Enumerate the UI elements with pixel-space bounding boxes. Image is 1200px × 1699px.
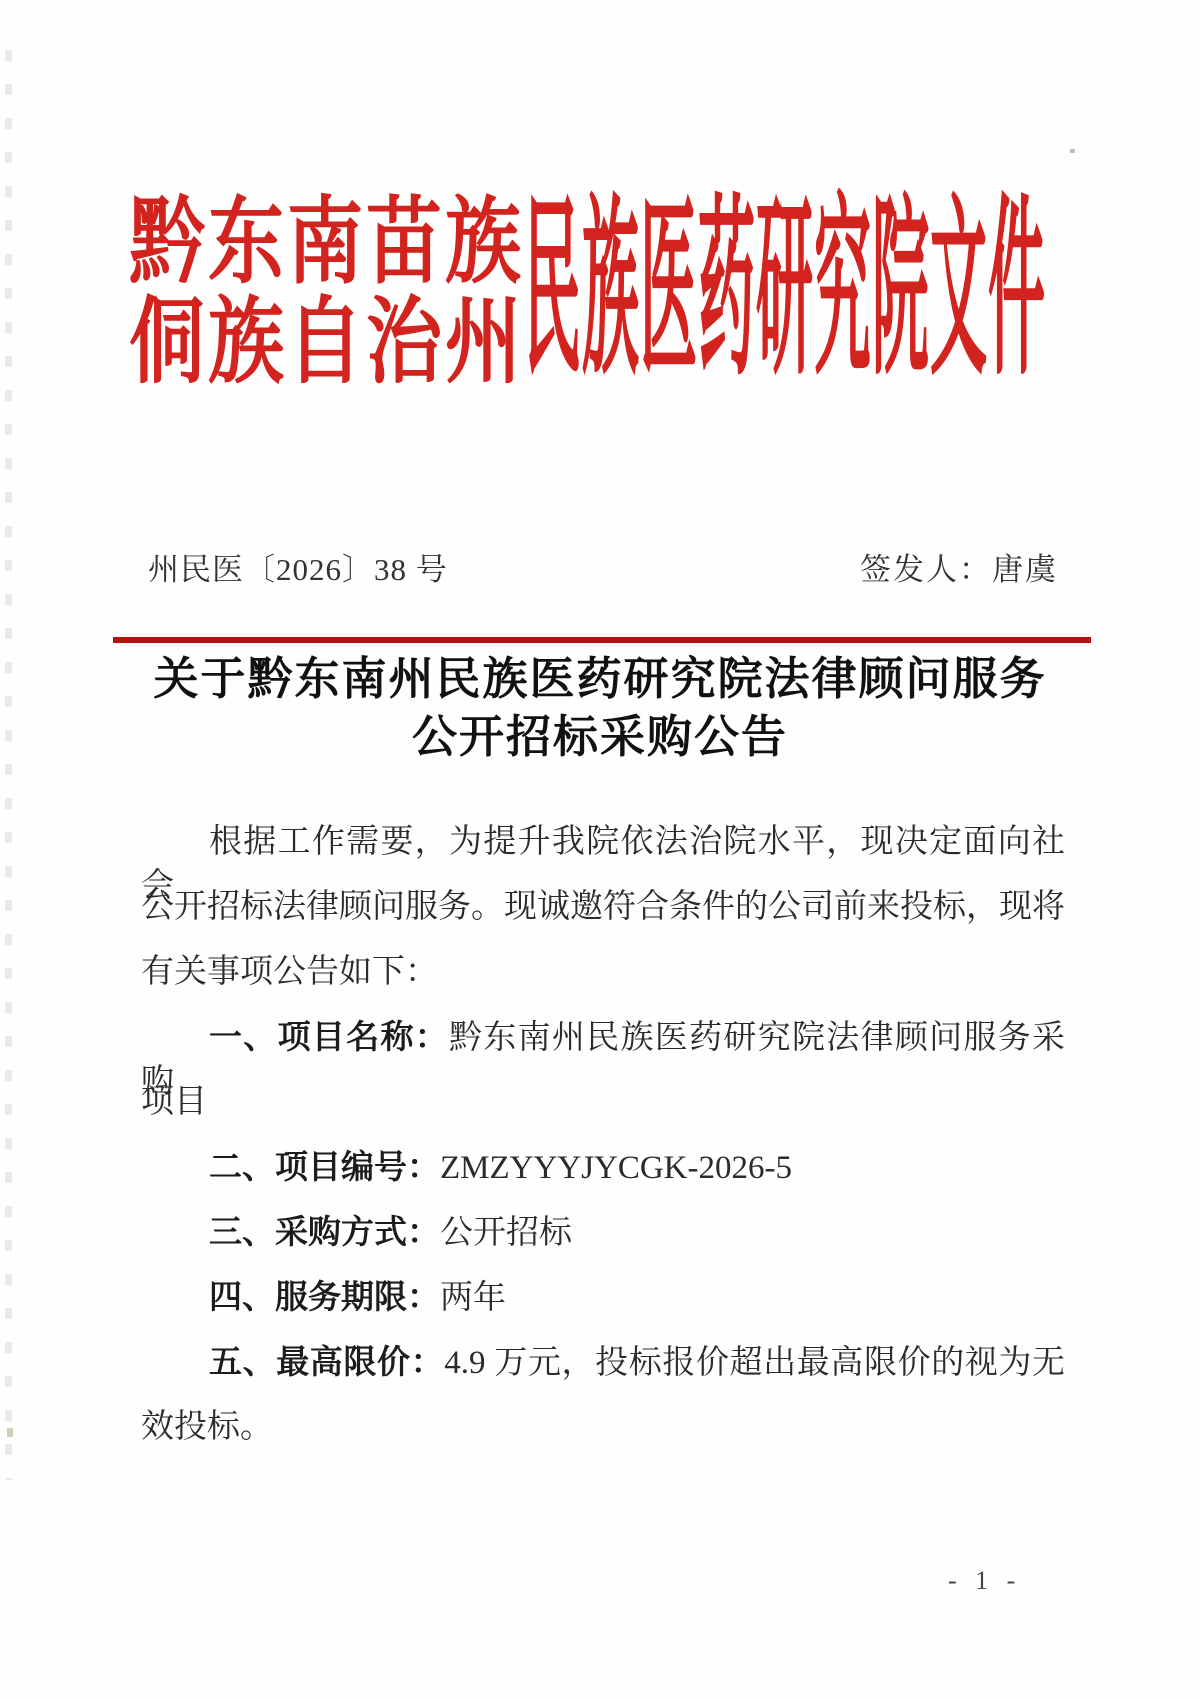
letterhead: 黔东南苗族 侗族自治州 民族医药研究院文件 xyxy=(0,0,1200,420)
body-text: 效投标。 xyxy=(141,1409,273,1445)
item-label: 四、服务期限： xyxy=(209,1278,440,1315)
body-line: 一、项目名称：黔东南州民族医药研究院法律顾问服务采购 xyxy=(141,1015,1065,1080)
doc-number: 州民医〔2026〕38 号 xyxy=(148,551,448,589)
org-name-line-1: 黔东南苗族 xyxy=(129,196,524,290)
body-text: 有关事项公告如下： xyxy=(141,954,438,990)
scan-artifact-speck-green xyxy=(7,1428,13,1437)
org-name-right: 民族医药研究院文件 xyxy=(524,196,1046,390)
body-text: ZMZYYYJYCGK-2026-5 xyxy=(440,1150,792,1186)
document-title: 关于黔东南州民族医药研究院法律顾问服务 公开招标采购公告 xyxy=(0,650,1200,766)
body-line: 四、服务期限：两年 xyxy=(141,1275,1065,1340)
red-divider xyxy=(113,637,1091,643)
item-label: 三、采购方式： xyxy=(209,1213,440,1250)
org-name-line-2: 侗族自治州 xyxy=(129,296,524,390)
body-line: 三、采购方式：公开招标 xyxy=(141,1210,1065,1275)
body-line: 二、项目编号：ZMZYYYJYCGK-2026-5 xyxy=(141,1145,1065,1210)
item-label: 二、项目编号： xyxy=(209,1148,440,1185)
title-line-2: 公开招标采购公告 xyxy=(0,708,1200,766)
body-text: 项目 xyxy=(141,1084,207,1120)
body-line: 公开招标法律顾问服务。现诚邀符合条件的公司前来投标，现将 xyxy=(141,885,1065,950)
body-text: 4.9 万元，投标报价超出最高限价的视为无 xyxy=(444,1345,1065,1381)
page-number: - 1 - xyxy=(948,1566,1021,1596)
body-line: 效投标。 xyxy=(141,1405,1065,1470)
body-text: 公开招标法律顾问服务。现诚邀符合条件的公司前来投标，现将 xyxy=(141,889,1065,925)
body-line: 五、最高限价：4.9 万元，投标报价超出最高限价的视为无 xyxy=(141,1340,1065,1405)
title-line-1: 关于黔东南州民族医药研究院法律顾问服务 xyxy=(0,650,1200,708)
body-line: 项目 xyxy=(141,1080,1065,1145)
document-body: 根据工作需要，为提升我院依法治院水平，现决定面向社会公开招标法律顾问服务。现诚邀… xyxy=(141,820,1065,1470)
body-text: 公开招标 xyxy=(440,1215,572,1251)
body-line: 有关事项公告如下： xyxy=(141,950,1065,1015)
body-line: 根据工作需要，为提升我院依法治院水平，现决定面向社会 xyxy=(141,820,1065,885)
body-text: 两年 xyxy=(440,1280,506,1316)
document-page: 黔东南苗族 侗族自治州 民族医药研究院文件 州民医〔2026〕38 号 签发人：… xyxy=(0,0,1200,1699)
item-label: 一、项目名称： xyxy=(209,1018,449,1055)
issuer: 签发人：唐虞 xyxy=(860,551,1058,589)
item-label: 五、最高限价： xyxy=(209,1343,444,1380)
